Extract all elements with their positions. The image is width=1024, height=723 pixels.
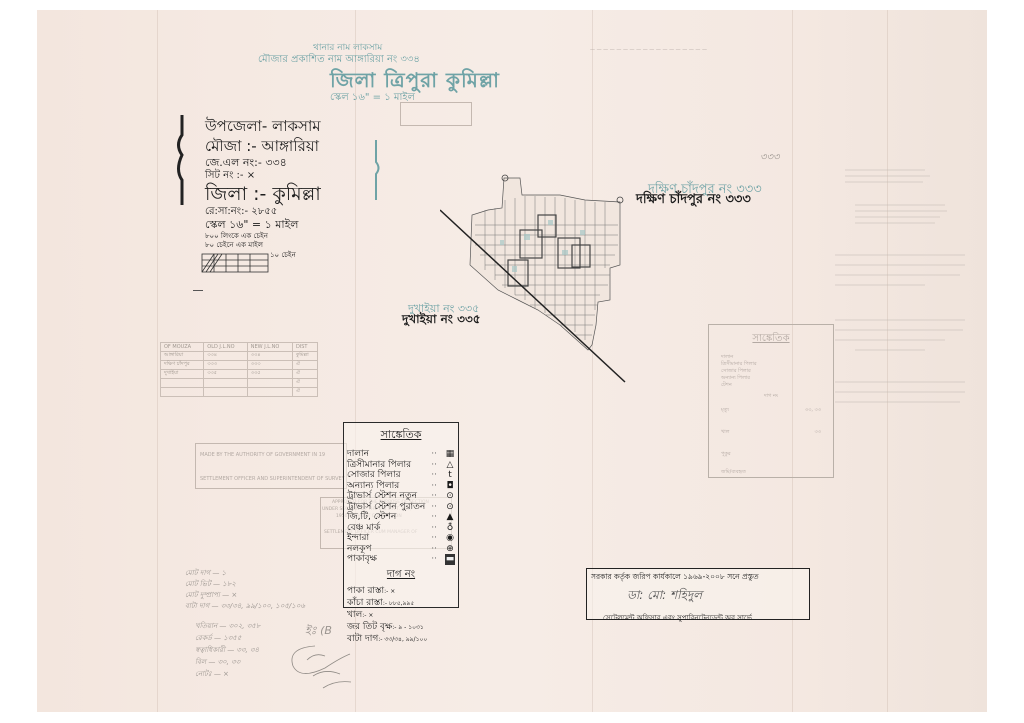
north-east-neighbor: দক্ষিণ চাঁদপুর নং ৩৩৩: [636, 190, 751, 211]
settlement-stamp-text: SETTLEMENT OFFICER AND SUPERINTENDENT OF…: [200, 476, 345, 482]
certification-box: সরকার কর্তৃক জরিপ কার্যকালে ১৯৬৯-২০০৮ সন…: [586, 568, 810, 620]
legend-item: অন্যান্য পিলার··◘: [344, 481, 458, 492]
right-legend-row: খাল৩৩: [721, 429, 821, 437]
legend-title: সাঙ্কেতিক: [344, 426, 458, 445]
table-row: দক্ষিণ চাঁদপুর৩৩৩৩৩৩ঐ: [161, 361, 318, 370]
right-legend-title: সাঙ্কেতিক: [709, 331, 833, 348]
legend-item: ইন্দারা··◉: [344, 533, 458, 544]
legend-item: নলকূপ··⊕: [344, 544, 458, 555]
certification-line-2: সেটেলমেন্ট অফিসার এবং সুপারিনটেনডেন্ট অব…: [603, 612, 809, 624]
top-faint-notes: — — — — — — — — — — — — — — — — — —: [590, 47, 707, 53]
officer-signature: ডা: মো: শহিদুল: [627, 587, 809, 607]
tubewell-icon: ⊕: [445, 544, 455, 555]
scale-bar-label: ১০ চেইন: [270, 249, 296, 261]
legend-item: সোজার পিলার··t: [344, 470, 458, 481]
mouza-reference-table: OF MOUZA OLD J.L.NO NEW J.L.NO DIST আঙ্গ…: [160, 342, 318, 397]
pencil-notes-group-1: মোট দাগ — ১ মোট ভিট — ১৮২ মোট দুষ্প্রাপ্…: [185, 568, 305, 612]
pencil-signature-scribble: [285, 638, 355, 693]
right-legend-box: সাঙ্কেতিক দালান ত্রিসীমানার পিলার সোজার …: [708, 324, 834, 478]
dag-item: কাঁচা রাস্তা:- ৮৮৫,৯৯৫: [344, 598, 458, 610]
header-scale-grid: [400, 102, 472, 126]
traverse-station-new-icon: ⊙: [445, 491, 455, 502]
tick-mark: [193, 290, 203, 291]
dag-title: দাগ নং: [344, 567, 458, 584]
scale-bar: [200, 248, 270, 276]
legend-box: সাঙ্কেতিক দালান··▦ ত্রিসীমানার পিলার··△ …: [343, 422, 459, 608]
building-icon: ▦: [445, 449, 455, 460]
table-row: দুখাইয়া৩৩৫৩৩৫ঐ: [161, 370, 318, 379]
pencil-notes-group-2: খতিয়ান — ৩০২, ৩৫৮ রেকর্ড — ১৩৫৫ স্বত্বা…: [195, 620, 260, 680]
legend-item: দালান··▦: [344, 449, 458, 460]
pencil-number: ৩৩৩: [760, 150, 780, 167]
gt-station-icon: ▲: [445, 512, 455, 523]
legend-item: জি,টি, স্টেশন··▲: [344, 512, 458, 523]
right-legend-row: পুকুর: [721, 451, 821, 459]
other-pillar-icon: ◘: [445, 481, 455, 492]
dag-item: খাল:- ×: [344, 610, 458, 622]
legend-item: ট্রাভার্স স্টেশন নতুন··⊙: [344, 491, 458, 502]
legend-item: ট্রাভার্স স্টেশন পুরাতন··⊙: [344, 502, 458, 513]
table-row: আঙ্গারিয়া৩৩৪৩৩৪কুমিল্লা: [161, 352, 318, 361]
table-header: NEW J.L.NO: [247, 343, 292, 352]
tree-icon: ▬: [445, 554, 455, 565]
right-legend-row: জমি/ব্যবহৃত: [721, 469, 821, 477]
legend-item: ত্রিসীমানার পিলার··△: [344, 460, 458, 471]
left-bracket-decoration: [172, 115, 186, 205]
well-icon: ◉: [445, 533, 455, 544]
bench-mark-icon: ♁: [445, 523, 455, 534]
margin-pencil-notes: [835, 160, 975, 410]
table-row: ঐ: [161, 388, 318, 397]
dag-item: পাকা রাস্তা:- ×: [344, 586, 458, 598]
table-header: OLD J.L.NO: [204, 343, 248, 352]
table-row: ঐ: [161, 379, 318, 388]
tri-junction-pillar-icon: △: [445, 460, 455, 471]
dag-item: বাটা দাগ:- ৩৩/৩৪, ৯৯/১০০: [344, 634, 458, 646]
authority-stamp-box: [195, 443, 347, 489]
right-legend-items: দালান ত্রিসীমানার পিলার সোজার পিলার অন্য…: [721, 354, 833, 389]
right-legend-row: মৃত্যু৩৩, ৩৩: [721, 407, 821, 415]
fold-line: [157, 10, 158, 712]
certification-line-1: সরকার কর্তৃক জরিপ কার্যকালে ১৯৬৯-২০০৮ সন…: [591, 572, 805, 584]
table-header: OF MOUZA: [161, 343, 204, 352]
legend-item: বেঞ্চ মার্ক··♁: [344, 523, 458, 534]
legend-item: পাকাবৃক্ষ··▬: [344, 554, 458, 565]
table-header: DIST: [292, 343, 317, 352]
cadastral-plot-map: [440, 170, 640, 385]
authority-stamp-text: MADE BY THE AUTHORITY OF GOVERNMENT IN 1…: [200, 452, 325, 458]
right-bracket-decoration: [370, 140, 382, 200]
traverse-station-old-icon: ⊙: [445, 502, 455, 513]
boundary-pillar-icon: t: [445, 470, 455, 481]
dag-item: জর তিট বৃক্ষ:- ৯ - ১০৩১: [344, 622, 458, 634]
